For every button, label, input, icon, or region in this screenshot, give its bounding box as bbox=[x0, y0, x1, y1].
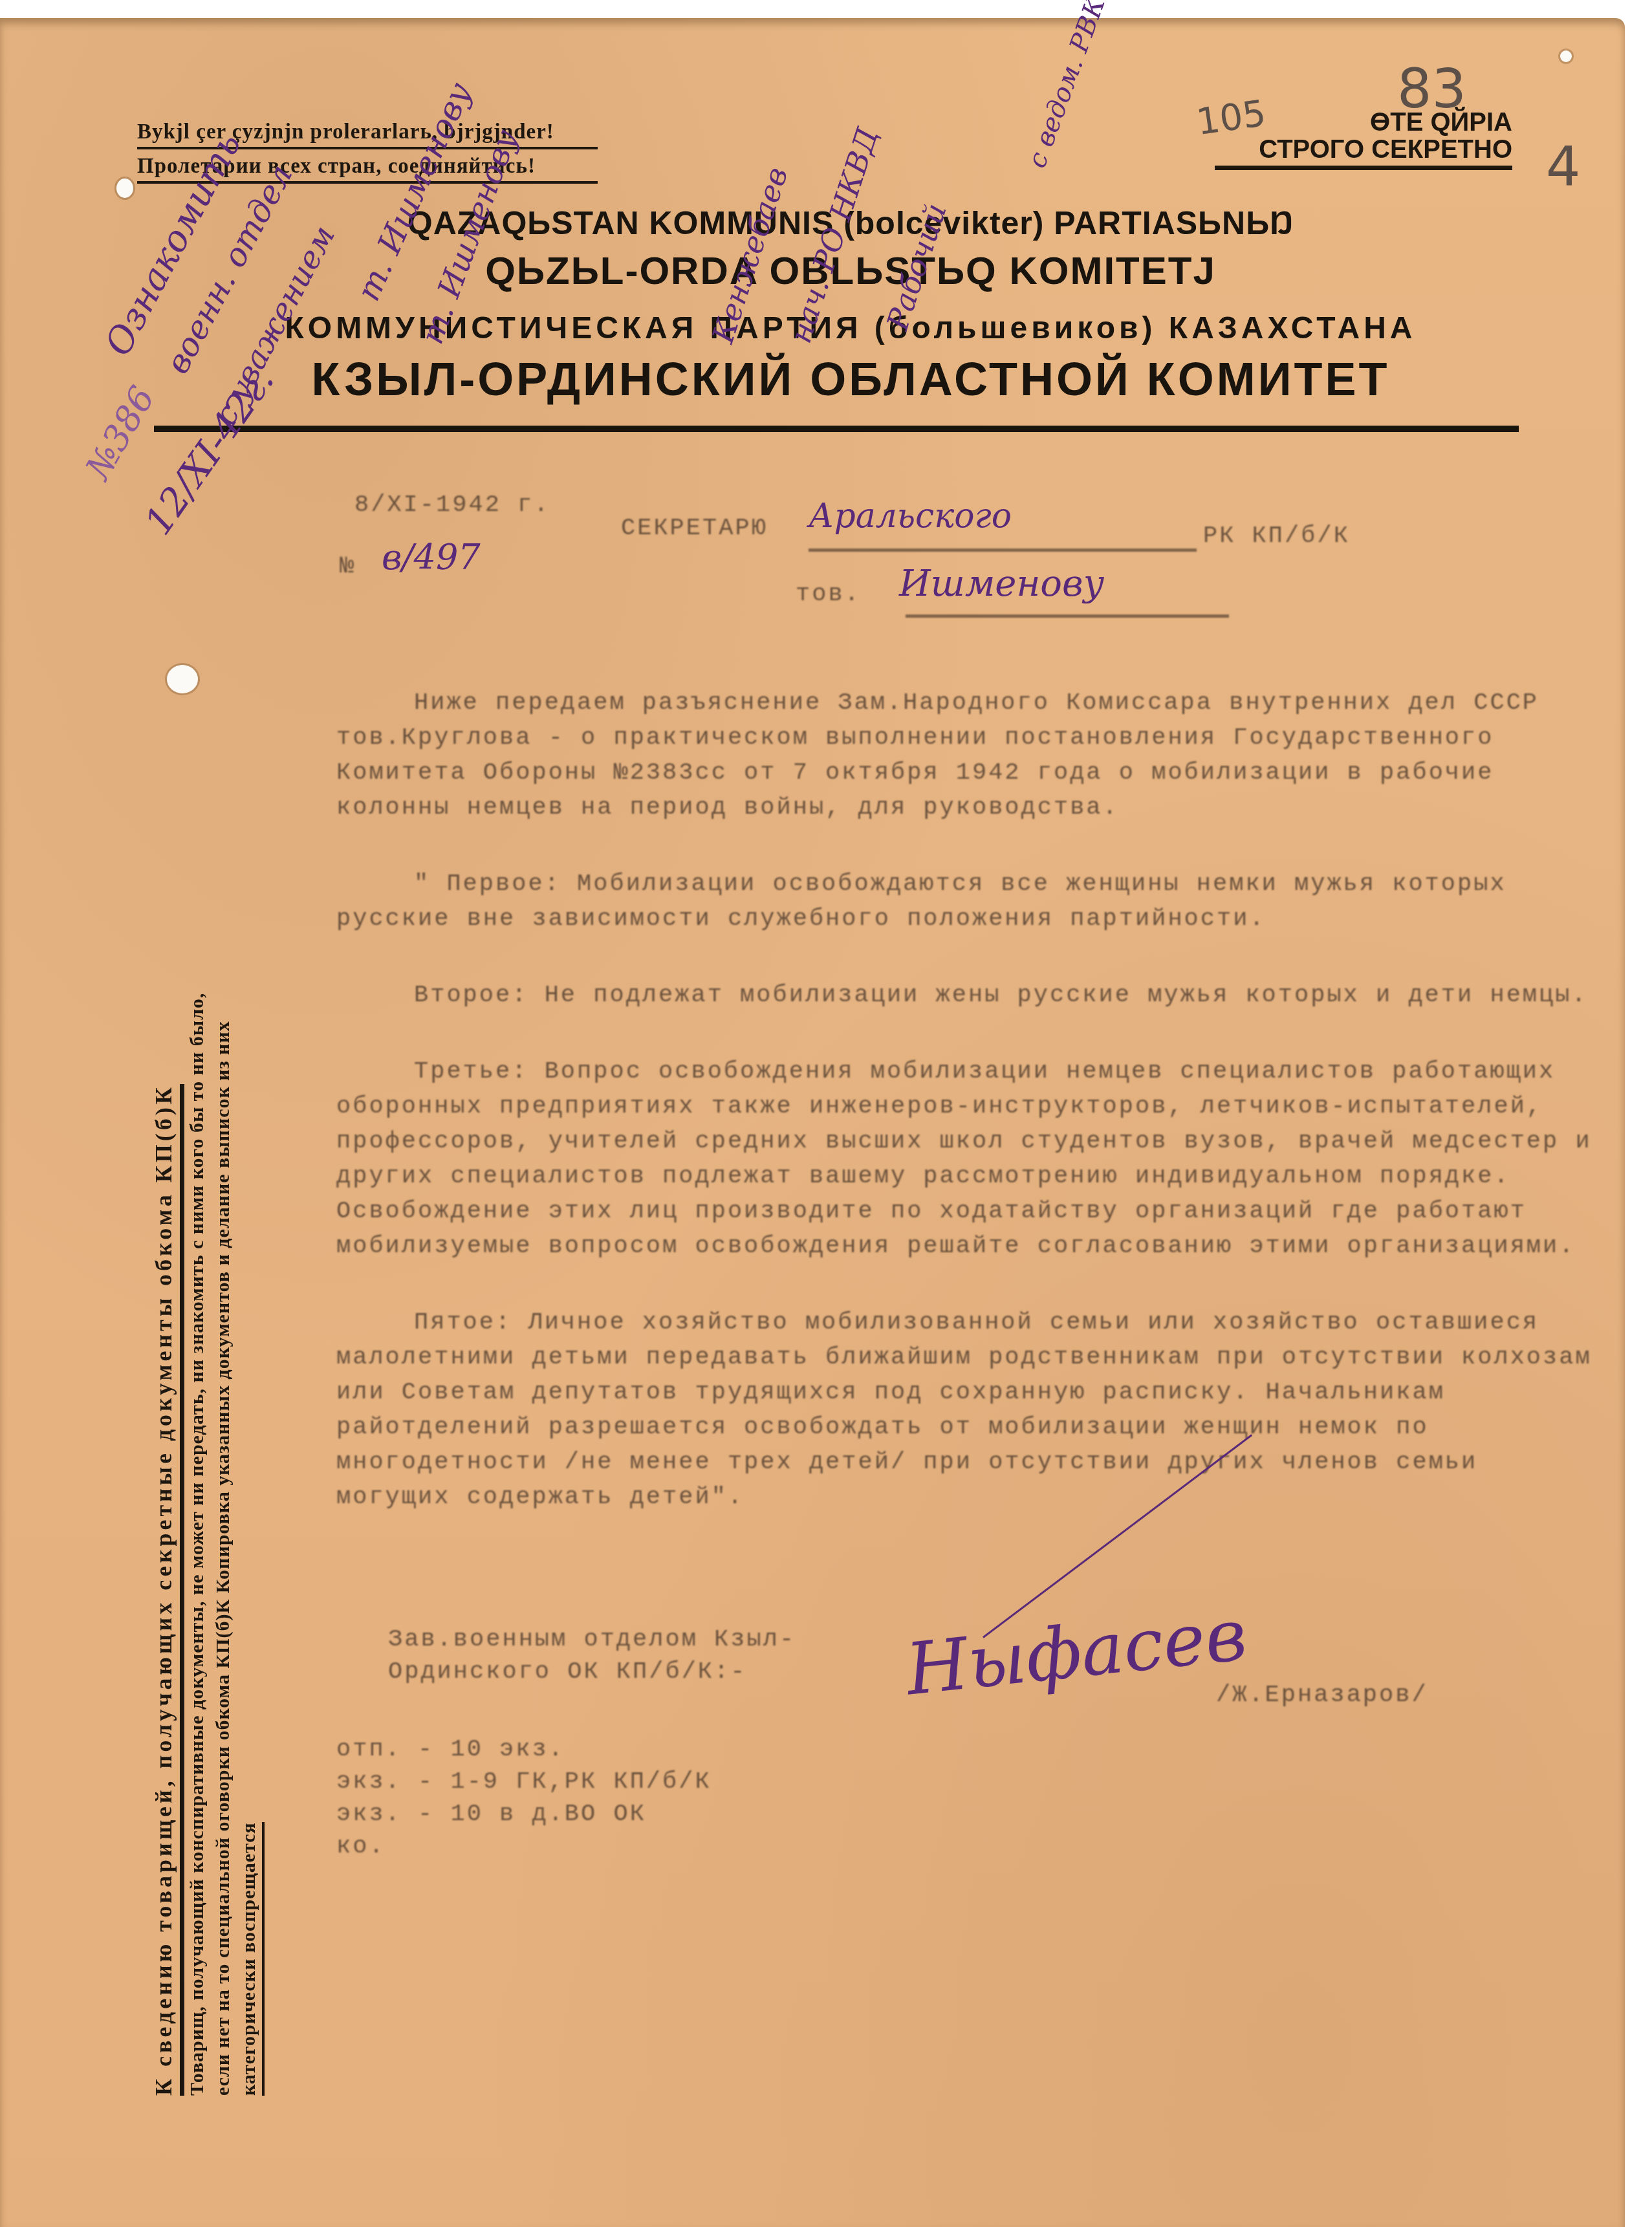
margin-notice-title: К сведению товарищей, получающих секретн… bbox=[150, 1084, 184, 2096]
body-paragraph: Третье: Вопрос освобождения мобилизации … bbox=[336, 1054, 1604, 1264]
letter-body: Ниже передаем разъяснение Зам.Народного … bbox=[336, 686, 1604, 1556]
distribution-line: экз. - 10 в д.ВО ОК bbox=[336, 1798, 712, 1830]
comrade-prefix: тов. bbox=[796, 581, 861, 608]
punch-hole bbox=[1560, 50, 1572, 62]
punch-hole bbox=[116, 179, 133, 198]
distribution-line: ко. bbox=[336, 1830, 712, 1863]
classification-russian: СТРОГО СЕКРЕТНО bbox=[1215, 136, 1512, 170]
signer-name: /Ж.Ерназаров/ bbox=[1216, 1682, 1428, 1709]
margin-notice-line: Товарищ, получающий конспиративные докум… bbox=[184, 608, 210, 2096]
outgoing-number: в/497 bbox=[382, 537, 481, 578]
addressee-district: Аральского bbox=[809, 497, 1012, 536]
signature-title-line: Зав.военным отделом Кзыл- bbox=[388, 1624, 796, 1656]
addressee-suffix: РК КП/б/К bbox=[1203, 523, 1350, 550]
committee-name-russian: КЗЫЛ-ОРДИНСКИЙ ОБЛАСТНОЙ КОМИТЕТ bbox=[149, 353, 1552, 406]
body-paragraph: " Первое: Мобилизации освобождаются все … bbox=[336, 867, 1604, 937]
document-date: 8/XI-1942 г. bbox=[354, 492, 550, 519]
body-paragraph: Ниже передаем разъяснение Зам.Народного … bbox=[336, 686, 1604, 825]
outgoing-number-prefix: № bbox=[340, 553, 356, 580]
letterhead-rule bbox=[154, 426, 1519, 432]
fill-line bbox=[906, 614, 1229, 618]
body-paragraph: Пятое: Личное хозяйство мобилизованной с… bbox=[336, 1305, 1604, 1515]
distribution-line: экз. - 1-9 ГК,РК КП/б/К bbox=[336, 1766, 712, 1798]
margin-secrecy-notice: К сведению товарищей, получающих секретн… bbox=[150, 608, 265, 2096]
signature-title: Зав.военным отделом Кзыл- Ординского ОК … bbox=[388, 1624, 796, 1688]
addressee-prefix: СЕКРЕТАРЮ bbox=[621, 515, 768, 542]
party-name-russian: КОММУНИСТИЧЕСКАЯ ПАРТИЯ (большевиков) КА… bbox=[149, 310, 1552, 346]
fill-line bbox=[809, 549, 1197, 552]
margin-notice-line: категорически воспрещается bbox=[236, 1822, 265, 2096]
signature-title-line: Ординского ОК КП/б/К:- bbox=[388, 1656, 796, 1688]
body-paragraph: Второе: Не подлежат мобилизации жены рус… bbox=[336, 978, 1604, 1013]
comrade-name: Ишменову bbox=[899, 563, 1104, 605]
distribution-list: отп. - 10 экз. экз. - 1-9 ГК,РК КП/б/К э… bbox=[336, 1733, 712, 1863]
distribution-line: отп. - 10 экз. bbox=[336, 1733, 712, 1766]
pencil-mark: 4 bbox=[1546, 135, 1580, 198]
pencil-mark: 83 bbox=[1397, 57, 1466, 120]
margin-notice-line: если нет на то специальной оговорки обко… bbox=[210, 608, 236, 2096]
